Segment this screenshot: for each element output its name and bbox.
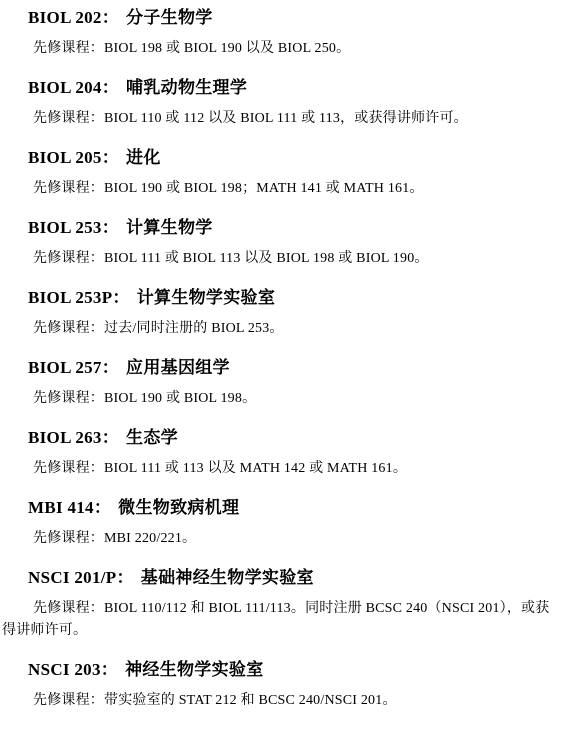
course-title-text: 神经生物学实验室 (125, 660, 263, 679)
heading-separator: ： (116, 568, 140, 587)
heading-separator: ： (102, 428, 126, 447)
document-page: BIOL 202：分子生物学 先修课程：BIOL 198 或 BIOL 190 … (0, 0, 565, 740)
course-code: BIOL 205 (28, 148, 102, 167)
heading-separator: ： (112, 288, 136, 307)
course-prerequisites: 先修课程：BIOL 110/112 和 BIOL 111/113。同时注册 BC… (2, 598, 563, 642)
heading-separator: ： (101, 660, 125, 679)
course-title-text: 应用基因组学 (126, 358, 230, 377)
heading-separator: ： (102, 218, 126, 237)
heading-separator: ： (102, 358, 126, 377)
course-heading: NSCI 203：神经生物学实验室 (28, 660, 563, 680)
course-entry: BIOL 263：生态学 先修课程：BIOL 111 或 113 以及 MATH… (2, 428, 563, 480)
course-prerequisites: 先修课程：BIOL 190 或 BIOL 198。 (2, 388, 563, 410)
course-heading: MBI 414：微生物致病机理 (28, 498, 563, 518)
course-entry: MBI 414：微生物致病机理 先修课程：MBI 220/221。 (2, 498, 563, 550)
course-entry: BIOL 202：分子生物学 先修课程：BIOL 198 或 BIOL 190 … (2, 8, 563, 60)
course-entry: NSCI 203：神经生物学实验室 先修课程：带实验室的 STAT 212 和 … (2, 660, 563, 712)
course-prerequisites: 先修课程：BIOL 111 或 BIOL 113 以及 BIOL 198 或 B… (2, 248, 563, 270)
course-code: BIOL 263 (28, 428, 102, 447)
course-heading: BIOL 253P：计算生物学实验室 (28, 288, 563, 308)
course-title-text: 微生物致病机理 (118, 498, 239, 517)
course-prerequisites: 先修课程：BIOL 198 或 BIOL 190 以及 BIOL 250。 (2, 38, 563, 60)
course-title-text: 进化 (126, 148, 161, 167)
course-prerequisites: 先修课程：MBI 220/221。 (2, 528, 563, 550)
course-code: NSCI 203 (28, 660, 101, 679)
course-entry: BIOL 204：哺乳动物生理学 先修课程：BIOL 110 或 112 以及 … (2, 78, 563, 130)
course-prerequisites: 先修课程：BIOL 110 或 112 以及 BIOL 111 或 113，或获… (2, 108, 563, 130)
course-heading: NSCI 201/P：基础神经生物学实验室 (28, 568, 563, 588)
course-entry: BIOL 253：计算生物学 先修课程：BIOL 111 或 BIOL 113 … (2, 218, 563, 270)
course-code: BIOL 253P (28, 288, 112, 307)
course-code: BIOL 202 (28, 8, 102, 27)
course-heading: BIOL 257：应用基因组学 (28, 358, 563, 378)
course-entry: BIOL 257：应用基因组学 先修课程：BIOL 190 或 BIOL 198… (2, 358, 563, 410)
course-heading: BIOL 202：分子生物学 (28, 8, 563, 28)
course-title-text: 哺乳动物生理学 (126, 78, 247, 97)
heading-separator: ： (102, 148, 126, 167)
course-code: BIOL 204 (28, 78, 102, 97)
course-title-text: 计算生物学 (126, 218, 213, 237)
course-prerequisites: 先修课程：BIOL 190 或 BIOL 198；MATH 141 或 MATH… (2, 178, 563, 200)
course-entry: NSCI 201/P：基础神经生物学实验室 先修课程：BIOL 110/112 … (2, 568, 563, 642)
heading-separator: ： (94, 498, 118, 517)
course-heading: BIOL 253：计算生物学 (28, 218, 563, 238)
course-title-text: 基础神经生物学实验室 (141, 568, 314, 587)
heading-separator: ： (102, 78, 126, 97)
course-prerequisites: 先修课程：带实验室的 STAT 212 和 BCSC 240/NSCI 201。 (2, 690, 563, 712)
course-heading: BIOL 263：生态学 (28, 428, 563, 448)
course-code: BIOL 253 (28, 218, 102, 237)
heading-separator: ： (102, 8, 126, 27)
course-prerequisites: 先修课程：过去/同时注册的 BIOL 253。 (2, 318, 563, 340)
course-title-text: 分子生物学 (126, 8, 213, 27)
course-entry: BIOL 205：进化 先修课程：BIOL 190 或 BIOL 198；MAT… (2, 148, 563, 200)
course-title-text: 生态学 (126, 428, 178, 447)
course-entry: BIOL 253P：计算生物学实验室 先修课程：过去/同时注册的 BIOL 25… (2, 288, 563, 340)
course-heading: BIOL 204：哺乳动物生理学 (28, 78, 563, 98)
course-code: NSCI 201/P (28, 568, 116, 587)
course-title-text: 计算生物学实验室 (137, 288, 275, 307)
course-code: BIOL 257 (28, 358, 102, 377)
course-prerequisites: 先修课程：BIOL 111 或 113 以及 MATH 142 或 MATH 1… (2, 458, 563, 480)
course-heading: BIOL 205：进化 (28, 148, 563, 168)
course-code: MBI 414 (28, 498, 94, 517)
